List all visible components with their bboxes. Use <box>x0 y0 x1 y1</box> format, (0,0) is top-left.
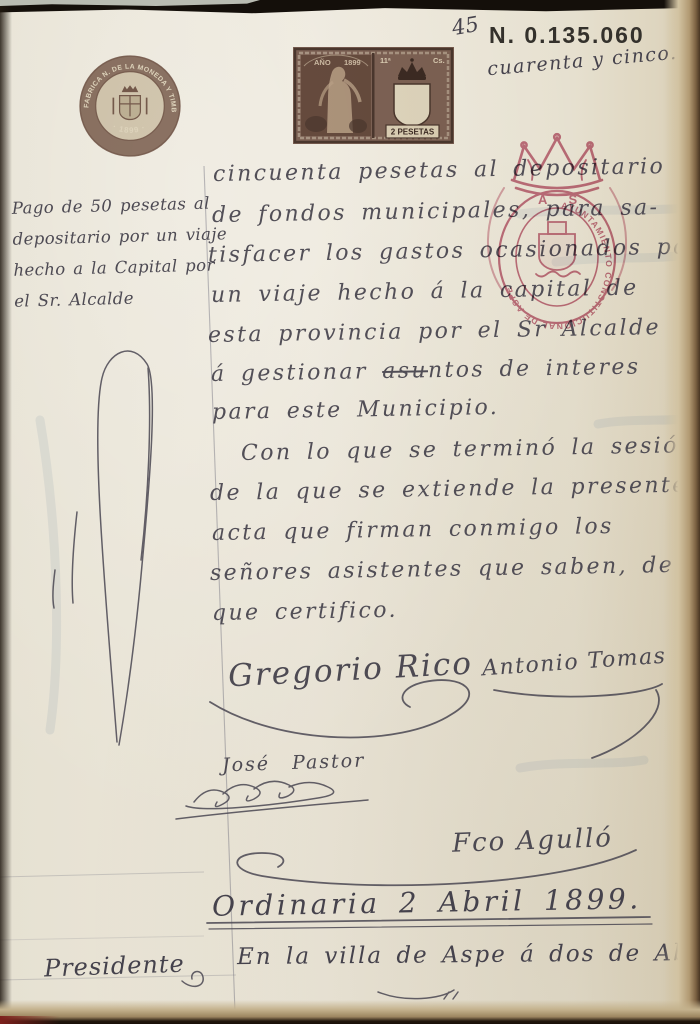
crossed-out-word: asu <box>382 358 428 384</box>
margin-note: Pago de 50 pesetas al depositario por un… <box>11 187 229 317</box>
body-line: para este Municipio. <box>212 395 500 425</box>
margin-label-presidente: Presidente <box>44 950 186 983</box>
serial-number: N. 0.135.060 <box>489 22 645 49</box>
municipal-stamp-arms <box>536 222 580 277</box>
margin-note-line: el Sr. Alcalde <box>14 280 229 317</box>
municipal-stamp-top-letters: A S <box>538 192 586 207</box>
body-line-post: ntos de interes <box>428 355 641 384</box>
signature-secretary: Fco Agulló <box>452 823 614 859</box>
session-opening-line: En la villa de Aspe á dos de Abril <box>237 940 700 970</box>
municipal-stamp: AYUNTAMIENTO CONSTITUCIONAL DE ASPE A S <box>462 124 652 329</box>
municipal-stamp-crown <box>512 134 602 195</box>
body-line: que certifico. <box>212 598 398 626</box>
body-line-pre: á gestionar <box>211 359 383 387</box>
manuscript-page: 45 N. 0.135.060 cuarenta y cinco. FABRIC… <box>0 0 700 1024</box>
folio-number-pencil: 45 <box>450 12 480 40</box>
